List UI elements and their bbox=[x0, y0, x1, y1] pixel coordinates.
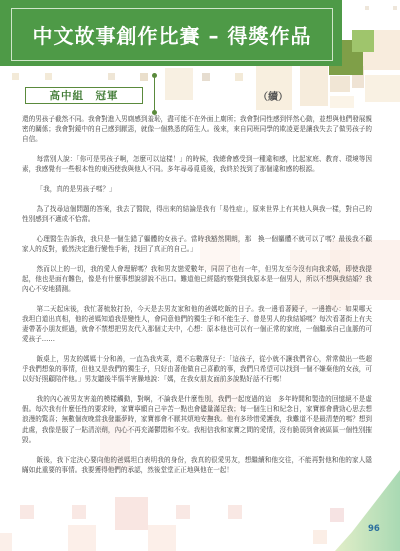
paragraph: 心理醫生告訴我，我只是一個生錯了軀體的女孩子。當時我豁然開朗，那 換一個軀體不就… bbox=[22, 234, 372, 254]
paragraph: 然而以上的一切，我的愛人會理解嗎？我和男友戀愛數年，同居了也有一年，但男友至今沒… bbox=[22, 264, 372, 295]
continued-marker: （續） bbox=[258, 88, 288, 103]
category-badge: 高中組 冠軍 bbox=[25, 87, 143, 104]
paragraph: 我的內心被男友害羞的模樣觸動，對啊，不論我是什麼性別，我們一起度過的這 多年時間… bbox=[22, 394, 372, 445]
page-title: 中文故事創作比賽 – 得獎作品 bbox=[33, 20, 312, 49]
category-label: 高中組 冠軍 bbox=[50, 88, 119, 103]
header-banner: 中文故事創作比賽 – 得獎作品 bbox=[0, 0, 342, 66]
header-frame: 中文故事創作比賽 – 得獎作品 bbox=[11, 8, 333, 61]
connector-dot-top bbox=[152, 73, 157, 78]
paragraph: 飯桌上，男友的媽媽十分和善，一直為我夾菜，還不忘數落兒子：「這孩子，從小就不讓我… bbox=[22, 354, 372, 385]
article-body: 還的男孩子截然不同。我會對進入男廁感到羞恥，盡可能不在外面上廁所；我會對同性感到… bbox=[22, 114, 372, 484]
decorative-square-green bbox=[352, 30, 374, 52]
paragraph: 「我，真的是男孩子嗎？」 bbox=[22, 184, 372, 194]
connector-line bbox=[154, 75, 155, 112]
paragraph: 為了找尋這個問題的答案，我去了醫院，得出來的結論是我有「易性症」，原來世界上有其… bbox=[22, 204, 372, 224]
page-number: 96 bbox=[368, 524, 380, 534]
paragraph: 飯後，我下定決心要向他的爸媽坦白表明我的身份，我真的很愛男友，想繼續和他交往，不… bbox=[22, 455, 372, 475]
paragraph: 還的男孩子截然不同。我會對進入男廁感到羞恥，盡可能不在外面上廁所；我會對同性感到… bbox=[22, 114, 372, 145]
paragraph: 每當別人說：「你可是男孩子啊，怎麼可以這樣！」的時候，我總會感受到一種違和感，比… bbox=[22, 154, 372, 174]
paragraph: 第二天起床後，我忙著梳妝打扮，今天是去男友家和他的爸媽吃飯的日子。我一邊看著鏡子… bbox=[22, 304, 372, 345]
